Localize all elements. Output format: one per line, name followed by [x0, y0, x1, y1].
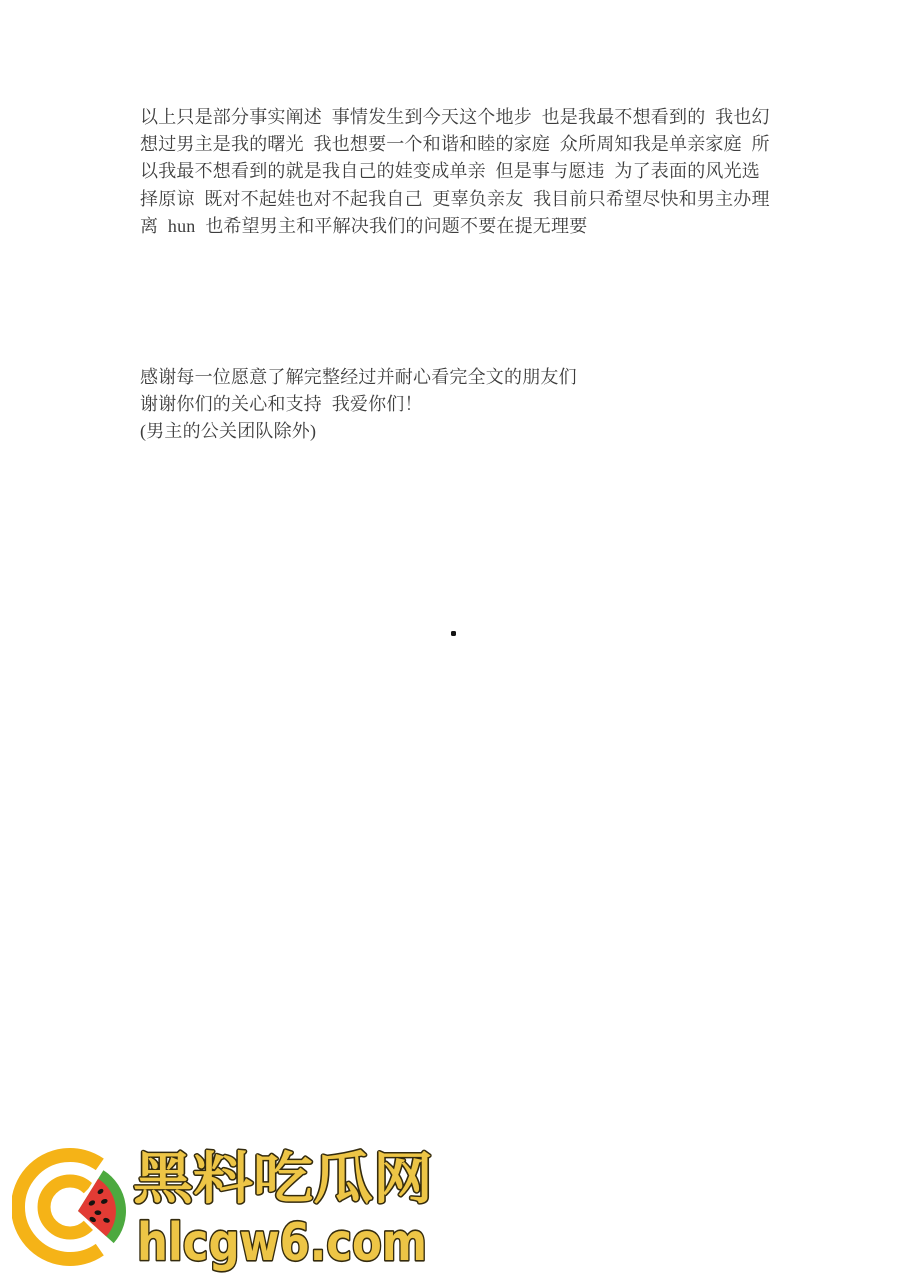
site-url-text: hlcgw6.com	[137, 1213, 427, 1273]
paragraph-line: 以我最不想看到的就是我自己的娃变成单亲 但是事与愿违 为了表面的风光选	[140, 158, 780, 185]
paragraph-thanks-note: 感谢每一位愿意了解完整经过并耐心看完全文的朋友们 谢谢你们的关心和支持 我爱你们…	[140, 364, 780, 446]
paragraph-line: (男主的公关团队除外)	[140, 418, 780, 445]
site-url-wordmark: hlcgw6.com	[132, 1208, 438, 1280]
site-logo	[12, 1141, 138, 1280]
paragraph-line: 感谢每一位愿意了解完整经过并耐心看完全文的朋友们	[140, 364, 780, 391]
paragraph-line: 择原谅 既对不起娃也对不起我自己 更辜负亲友 我目前只希望尽快和男主办理	[140, 186, 780, 213]
paragraph-line: 离 hun 也希望男主和平解决我们的问题不要在提无理要	[140, 213, 780, 240]
center-dot	[451, 631, 456, 636]
page-background: 以上只是部分事实阐述 事情发生到今天这个地步 也是我最不想看到的 我也幻 想过男…	[0, 0, 904, 1280]
site-name-wordmark: 黑料吃瓜网	[128, 1143, 450, 1213]
paragraph-line: 谢谢你们的关心和支持 我爱你们！	[140, 391, 780, 418]
site-watermark: 黑料吃瓜网 hlcgw6.com	[0, 1136, 904, 1280]
paragraph-line: 以上只是部分事实阐述 事情发生到今天这个地步 也是我最不想看到的 我也幻	[140, 104, 780, 131]
paragraph-line: 想过男主是我的曙光 我也想要一个和谐和睦的家庭 众所周知我是单亲家庭 所	[140, 131, 780, 158]
paragraph-main-statement: 以上只是部分事实阐述 事情发生到今天这个地步 也是我最不想看到的 我也幻 想过男…	[140, 104, 780, 240]
site-name-text: 黑料吃瓜网	[133, 1147, 433, 1210]
